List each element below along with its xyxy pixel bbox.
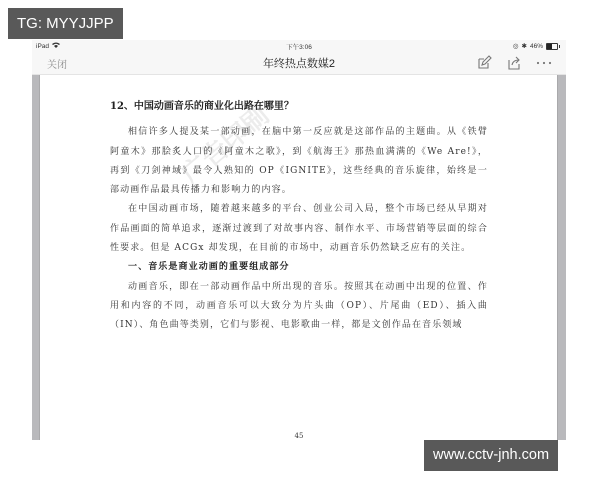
document-body: 12、中国动画音乐的商业化出路在哪里？ 相信许多人提及某一部动画，在脑中第一反应… <box>110 97 488 336</box>
bluetooth-icon: ✱ <box>522 42 527 50</box>
page-edge-left <box>32 75 40 440</box>
paragraph-3: 动画音乐，即在一部动画作品中所出现的音乐。按照其在动画中出现的位置、作用和内容的… <box>110 278 488 336</box>
rotation-lock-icon: ◎ <box>513 42 519 50</box>
overlay-tag-bottom-right: www.cctv-jnh.com <box>424 440 558 471</box>
nav-bar: 关闭 年终热点数媒2 <box>32 52 566 75</box>
paragraph-1: 相信许多人提及某一部动画，在脑中第一反应就是这部作品的主题曲。从《铁臂阿童木》那… <box>110 123 488 200</box>
page-edge-right <box>557 75 566 440</box>
section-heading: 12、中国动画音乐的商业化出路在哪里？ <box>110 97 488 116</box>
pdf-page-view[interactable]: 广告印刷 12、中国动画音乐的商业化出路在哪里？ 相信许多人提及某一部动画，在脑… <box>32 75 566 440</box>
status-bar: iPad 下午3:06 ◎ ✱ 46% <box>32 40 566 52</box>
more-icon[interactable] <box>536 55 552 71</box>
ipad-screen: iPad 下午3:06 ◎ ✱ 46% 关闭 年终热点数媒2 <box>32 40 566 440</box>
paragraph-2: 在中国动画市场，随着越来越多的平台、创业公司入局，整个市场已经从早期对作品画面的… <box>110 200 488 258</box>
battery-icon <box>546 43 558 50</box>
subsection-heading: 一、音乐是商业动画的重要组成部分 <box>110 258 488 277</box>
overlay-tag-top-left: TG: MYYJJPP <box>8 8 123 39</box>
battery-percent: 46% <box>530 43 543 50</box>
page-number: 45 <box>32 432 566 440</box>
edit-icon[interactable] <box>476 55 492 71</box>
status-time: 下午3:06 <box>32 42 566 51</box>
share-icon[interactable] <box>506 55 522 71</box>
